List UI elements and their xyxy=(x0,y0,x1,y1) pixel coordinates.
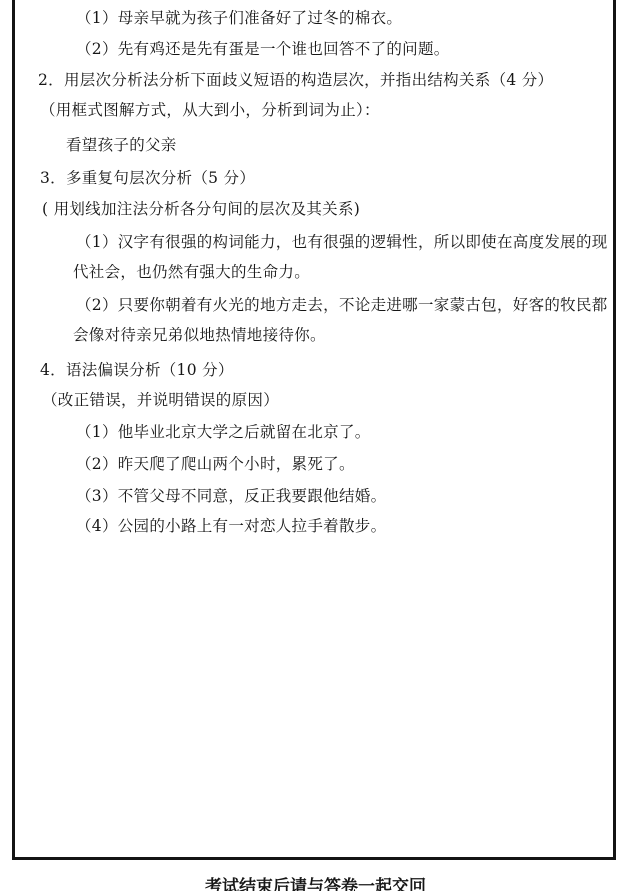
question-1-item-2: （2）先有鸡还是先有蛋是一个谁也回答不了的问题。 xyxy=(76,39,450,59)
question-2-heading: 2．用层次分析法分析下面歧义短语的构造层次，并指出结构关系（4 分） xyxy=(38,70,553,90)
question-3-item-1-line-1: （1）汉字有很强的构词能力，也有很强的逻辑性，所以即使在高度发展的现 xyxy=(76,232,608,252)
question-1-item-1: （1）母亲早就为孩子们准备好了过冬的棉衣。 xyxy=(76,8,402,28)
question-4-item-2: （2）昨天爬了爬山两个小时，累死了。 xyxy=(76,454,355,474)
question-4-item-4: （4）公园的小路上有一对恋人拉手着散步。 xyxy=(76,516,386,536)
question-4-heading: 4．语法偏误分析（10 分） xyxy=(40,360,234,380)
question-3-item-2-line-1: （2）只要你朝着有火光的地方走去，不论走进哪一家蒙古包，好客的牧民都 xyxy=(76,295,608,315)
question-4-item-3: （3）不管父母不同意，反正我要跟他结婚。 xyxy=(76,486,386,506)
question-4-item-1: （1）他毕业北京大学之后就留在北京了。 xyxy=(76,422,371,442)
footer-note: 考试结束后请与答卷一起交回 xyxy=(0,876,631,891)
question-3-item-2-line-2: 会像对待亲兄弟似地热情地接待你。 xyxy=(73,325,326,345)
question-3-heading: 3．多重复句层次分析（5 分） xyxy=(40,168,255,188)
question-3-instruction: ( 用划线加注法分析各分句间的层次及其关系) xyxy=(42,199,360,219)
question-3-item-1-line-2: 代社会，也仍然有强大的生命力。 xyxy=(73,262,310,282)
question-4-instruction: （改正错误，并说明错误的原因） xyxy=(42,390,279,410)
question-2-phrase: 看望孩子的父亲 xyxy=(66,135,177,155)
question-2-instruction: （用框式图解方式，从大到小，分析到词为止）： xyxy=(40,100,380,120)
